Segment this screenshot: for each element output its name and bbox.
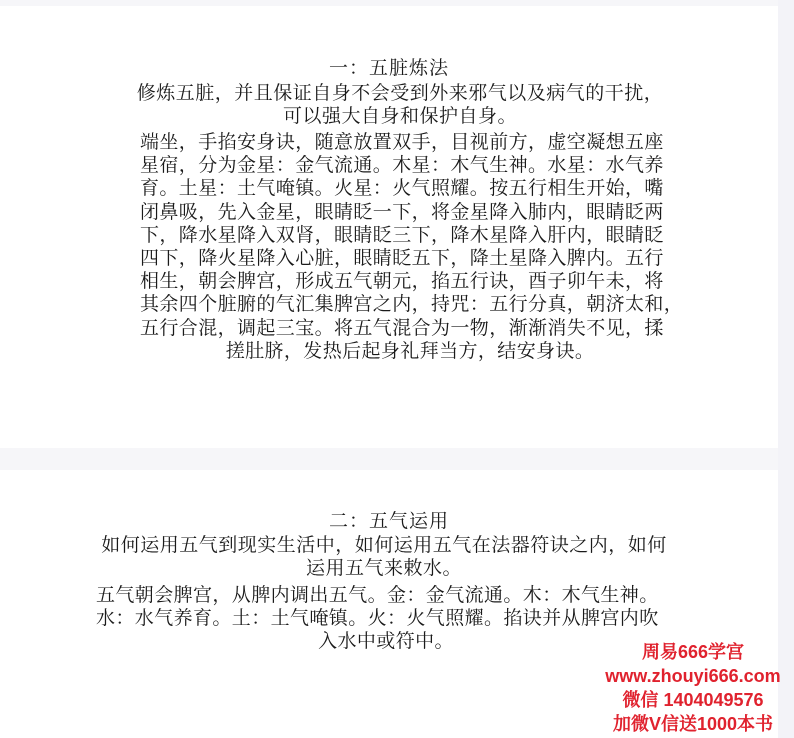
body-line: 其余四个脏腑的气汇集脾宫之内，持咒：五行分真，朝济太和， (140, 293, 680, 316)
subtitle-line: 可以强大自身和保护自身。 (130, 105, 670, 128)
section-2-body: 五气朝会脾宫，从脾内调出五气。金：金气流通。木：木气生神。 水：水气养育。土：土… (96, 584, 676, 654)
section-1-body: 端坐，手掐安身诀，随意放置双手，目视前方，虚空凝想五座 星宿，分为金星：金气流通… (140, 131, 680, 363)
body-line: 闭鼻吸，先入金星，眼睛眨一下，将金星降入肺内，眼睛眨两 (140, 201, 680, 224)
subtitle-line: 如何运用五气到现实生活中，如何运用五气在法器符诀之内，如何 (94, 534, 674, 557)
body-line: 水：水气养育。土：土气唵镇。火：火气照耀。掐诀并从脾宫内吹 (96, 607, 676, 630)
body-line: 育。土星：土气唵镇。火星：火气照耀。按五行相生开始，嘴 (140, 177, 680, 200)
body-line: 搓肚脐，发热后起身礼拜当方，结安身诀。 (140, 340, 680, 363)
body-line: 入水中或符中。 (96, 630, 676, 653)
body-line: 五气朝会脾宫，从脾内调出五气。金：金气流通。木：木气生神。 (96, 584, 676, 607)
section-2-title: 二：五气运用 (0, 506, 778, 533)
subtitle-line: 修炼五脏，并且保证自身不会受到外来邪气以及病气的干扰， (130, 82, 670, 105)
subtitle-line: 运用五气来敕水。 (94, 557, 674, 580)
body-line: 相生，朝会脾宫，形成五气朝元，掐五行诀，酉子卯午未，将 (140, 270, 680, 293)
body-line: 四下，降火星降入心脏，眼睛眨五下，降土星降入脾内。五行 (140, 247, 680, 270)
watermark-brand: 周易666学宫 (592, 640, 794, 664)
watermark-promo: 加微V信送1000本书 (592, 712, 794, 736)
right-edge-strip (778, 0, 794, 738)
body-line: 星宿，分为金星：金气流通。木星：木气生神。水星：水气养 (140, 154, 680, 177)
watermark: 周易666学宫 www.zhouyi666.com 微信 1404049576 … (592, 640, 794, 736)
watermark-wechat: 微信 1404049576 (592, 688, 794, 712)
watermark-url: www.zhouyi666.com (592, 664, 794, 688)
body-line: 端坐，手掐安身诀，随意放置双手，目视前方，虚空凝想五座 (140, 131, 680, 154)
body-line: 五行合混，调起三宝。将五气混合为一物，渐渐消失不见，揉 (140, 317, 680, 340)
section-1-title: 一：五脏炼法 (0, 53, 778, 80)
section-1-subtitle: 修炼五脏，并且保证自身不会受到外来邪气以及病气的干扰， 可以强大自身和保护自身。 (130, 82, 670, 128)
body-line: 下，降水星降入双肾，眼睛眨三下，降木星降入肝内，眼睛眨 (140, 224, 680, 247)
section-2-subtitle: 如何运用五气到现实生活中，如何运用五气在法器符诀之内，如何 运用五气来敕水。 (94, 534, 674, 580)
section-1-panel: 一：五脏炼法 修炼五脏，并且保证自身不会受到外来邪气以及病气的干扰， 可以强大自… (0, 6, 778, 448)
